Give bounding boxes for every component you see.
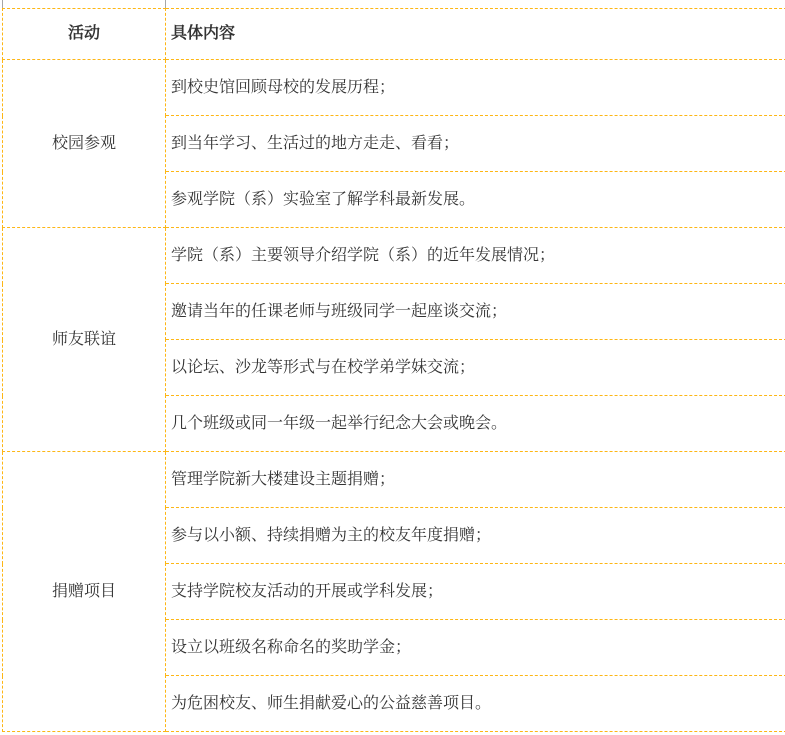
header-activity: 活动 <box>3 9 166 60</box>
activity-item: 到当年学习、生活过的地方走走、看看； <box>166 116 785 172</box>
activity-item: 以论坛、沙龙等形式与在校学弟学妹交流； <box>166 340 785 396</box>
activity-item: 到校史馆回顾母校的发展历程； <box>166 60 785 116</box>
table-row: 捐赠项目 管理学院新大楼建设主题捐赠； <box>3 452 785 508</box>
activity-item: 管理学院新大楼建设主题捐赠； <box>166 452 785 508</box>
page: 活动 具体内容 校园参观 到校史馆回顾母校的发展历程； 到当年学习、生活过的地方… <box>0 0 785 735</box>
table-row: 师友联谊 学院（系）主要领导介绍学院（系）的近年发展情况； <box>3 228 785 284</box>
header-content: 具体内容 <box>166 9 785 60</box>
activities-table: 活动 具体内容 校园参观 到校史馆回顾母校的发展历程； 到当年学习、生活过的地方… <box>2 8 785 732</box>
activity-label-donation: 捐赠项目 <box>3 452 166 732</box>
activity-item: 为危困校友、师生捐献爱心的公益慈善项目。 <box>166 676 785 732</box>
activity-item: 参观学院（系）实验室了解学科最新发展。 <box>166 172 785 228</box>
activity-item: 设立以班级名称命名的奖助学金； <box>166 620 785 676</box>
activity-item: 几个班级或同一年级一起举行纪念大会或晚会。 <box>166 396 785 452</box>
activity-item: 参与以小额、持续捐赠为主的校友年度捐赠； <box>166 508 785 564</box>
header-row: 活动 具体内容 <box>3 9 785 60</box>
activity-label-campus-tour: 校园参观 <box>3 60 166 228</box>
table-row: 校园参观 到校史馆回顾母校的发展历程； <box>3 60 785 116</box>
activity-item: 学院（系）主要领导介绍学院（系）的近年发展情况； <box>166 228 785 284</box>
activity-label-fellowship: 师友联谊 <box>3 228 166 452</box>
activity-item: 邀请当年的任课老师与班级同学一起座谈交流； <box>166 284 785 340</box>
activity-item: 支持学院校友活动的开展或学科发展； <box>166 564 785 620</box>
